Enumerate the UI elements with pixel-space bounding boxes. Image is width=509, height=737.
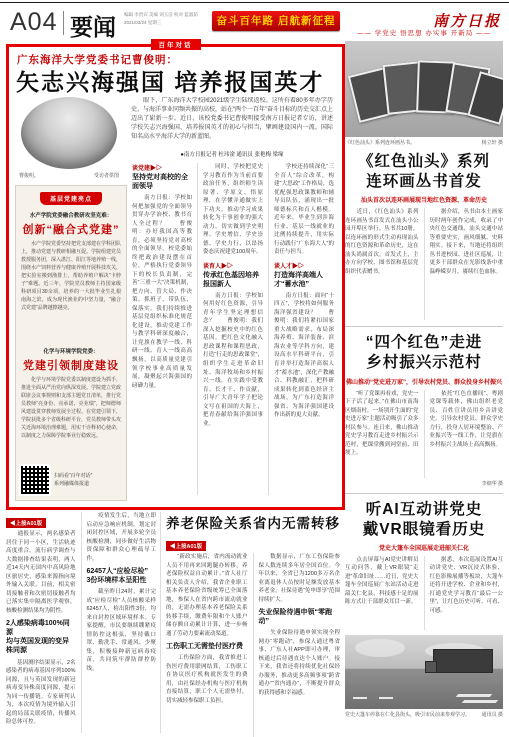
photo1-credit: 杨立轩 摄 [482,139,503,146]
article3-title-line1: 听AI互动讲党史 [345,500,503,520]
credits-line2: 2021/03/24 星期三 [124,19,204,27]
article1-col2: 据介绍，丛书由本土画家历时两年创作完成，收录了中央红色交通线、汕头交通中站等重要… [424,208,504,320]
covid-col1-top: 通报显示，两名感染者居住于同一小区，生活轨迹高度重合。流行病学调查与大数据排查结… [6,530,76,615]
covid-article: ◀上接A01版 通报显示，两名感染者居住于同一小区，生活轨迹高度重合。流行病学调… [6,512,156,733]
sidebar-item1-title: 创新“融合式党建” [23,221,120,237]
article2-col1: “听了党课再看戏，党史一下子活了起来。”在佛山市南海区烟南村，一场别开生面的“党… [345,390,419,478]
byline: ●南方日报记者 杜玮淦 通讯员 张艳梅 梁缘 [131,150,333,158]
page-number: A04 [10,8,57,37]
sidebar-feature-box: 基层党建亮点 水产学院党委融合教研攻坚克难： 创新“融合式党建” 水产学院党委坚… [15,185,127,501]
column-2-text-top: 同时，学校把党史学习教育作为当前首要政治任务，组织师生读原著、学原文、悟原理，在… [203,163,263,257]
crosswalk-stripe [462,700,499,703]
article2-body: “听了党课再看戏，党史一下子活了起来。”在佛山市南海区烟南村，一场别开生面的“党… [345,390,503,478]
covid-col1-bottom: 基因测序结果显示，2名感染者的病毒基因序列100%同源，且与英国发现的新冠病毒变… [6,659,76,727]
pension-article: 养老保险关系省内无需转移 ◀上接A01版 “新政实施后，省内流动就业人员不用再来… [166,512,340,733]
column-rule [160,512,161,733]
article1-title: 《红色汕头》系列 连环画丛书首发 [345,152,503,192]
article2-subtitle: 佛山推动“党史进万家”，引导农村党员、群众投身乡村振兴 [345,377,503,386]
subhead-marker-3: 谈人才▶▷ [274,261,334,270]
main-headline: 矢志兴海强国 培养报国英才 [16,64,324,97]
lead-story-box: 百年对话 广东海洋大学党委书记曹俊明： 矢志兴海强国 培养报国英才 曹俊明。 受… [6,44,345,510]
pension-col1-bottom: 工伤保险方面，我省推进工伤医疗费用联网结算，工伤职工在协议医疗机构就医发生的费用… [166,654,248,705]
subhead-marker-2: 谈育人▶▷ [203,261,263,270]
pension-subhead-2: 失业保险待遇申领“零跑动” [259,608,341,626]
story-column-1: 谈党建▶▷ 坚持党对高校的全面领导 南方日报：学校如何把加强党的全面领导贯穿办学… [132,163,192,495]
column-3-text-top: 学校还持续深化“三全育人”综合改革，构建“大思政”工作格局，选优配强思政课教师和… [274,163,334,257]
cloud-shape [355,639,405,657]
qr-caption-line1: 扫码看“百年对话” [54,472,92,480]
article1-subtitle: 汕头首次以连环画展现当地红色资源、革命历史 [345,195,503,204]
article3-title-line2: 戴VR眼镜看历史 [345,520,503,540]
photo-comic-books [345,41,503,137]
covid-col1: ◀上接A01版 通报显示，两名感染者居住于同一小区，生活轨迹高度重合。流行病学调… [6,512,76,733]
subhead-2: 传承红色基因培养报国新人 [203,271,263,289]
sidebar-ribbon-badge: 基层党建亮点 [40,192,102,205]
credits-line1: 编辑 李贵宾 美编 刘玉洁 校对 蓝淑茹 [124,11,204,19]
article1-col1: 近日，《红色汕头》系列连环画丛书首发式在汕头小公园开埠区举行。丛书共10册，以连… [345,208,419,320]
qr-caption-line2: 系列融媒体报道 [54,480,92,488]
subhead-3: 打造海洋高端人才“蓄水池” [274,271,334,289]
covid-col2-bottom: 截至昨日24时，累计完成“应检尽检”人员核酸采样62457人，检出阳性3份，均来… [87,588,157,673]
pension-columns: “新政实施后，省内流动就业人员不用再来回跑腿办转移，养老保险权益自动累计。”省人… [166,553,340,737]
pension-col1: “新政实施后，省内流动就业人员不用再来回跑腿办转移，养老保险权益自动累计。”省人… [166,553,248,737]
sidebar-item2-body: 化学与环境学院党委以制度建设为抓手，推进全面从严治党向纵深发展。学院建立党政联席… [21,376,121,466]
crosswalk-stripe [456,694,493,697]
continued-tag: ◀上接A01版 [166,541,206,551]
campaign-banner: 奋斗百年路 启航新征程 [212,11,340,31]
truck-cab-shape [425,661,437,673]
portrait-caption-row: 曹俊明。 受访者供图 [19,172,119,179]
article1-title-line1: 《红色汕头》系列 [345,152,503,172]
slogan-line: —— 学党史 悟思想 办实事 开新局 —— [345,28,503,37]
pension-col2-bottom: 失业保险待遇申领实现全程网办“零跑动”，参保人通过粤省事、广东人社APP即可办理… [259,629,341,697]
sidebar-item1-kicker: 水产学院党委融合教研攻坚克难： [30,211,113,219]
column-tag: 百年对话 [151,39,201,50]
continued-tag: ◀上接A01版 [6,518,46,528]
section-title: 要闻 [70,9,116,42]
photo1-caption: 《红色汕头》系列连环画丛书。 [345,139,415,146]
covid-subhead-1-line1: 2人感染病毒100%同源 [6,619,76,637]
article3-col2: 据悉，本次巡展设置AI互动讲党史、VR沉浸式体验、红色影像展播等板块，大篷车还将… [424,556,504,630]
covid-subhead-2-line2: 3份环境样本呈阳性 [87,576,157,585]
article3-title: 听AI互动讲党史 戴VR眼镜看历史 [345,500,503,540]
subhead-marker-1: 谈党建▶▷ [132,163,192,172]
covid-subhead-1: 2人感染病毒100%同源 均与英国发现的变异株同源 [6,619,76,655]
bottom-section: ◀上接A01版 通报显示，两名感染者居住于同一小区，生活轨迹高度重合。流行病学调… [6,512,340,733]
pension-title: 养老保险关系省内无需转移 [166,512,340,532]
portrait-caption: 曹俊明。 [19,172,39,179]
photo2-credit: 通讯员 摄 [482,711,503,718]
qr-caption: 扫码看“百年对话” 系列融媒体报道 [54,472,92,488]
header-divider [63,11,64,35]
article2-credit: 李细华 摄 [345,480,503,487]
column-3-text-bottom: 南方日报：面向“十四五”，学校将如何服务海洋强省建设？ 曹俊明：我们将紧扣国家重… [274,292,334,420]
top-rule [0,2,509,3]
article2-title: “四个红色”走进 乡村振兴示范村 [345,333,503,373]
covid-col2: 疫情发生后，当地立即启动应急响应机制，划定封闭封控区域，开展多轮全员核酸检测，同… [81,512,157,733]
masthead-credits: 编辑 李贵宾 美编 刘玉洁 校对 蓝淑茹 2021/03/24 星期三 [124,11,204,26]
article2-col2: 依托“红色直播间”、粤剧党课等载体，佛山组织老党员、百姓宣讲员用乡音讲党史，引导… [424,390,504,478]
road-marking [379,697,393,699]
article2-title-line1: “四个红色”走进 [345,333,503,353]
photo2-caption: 党史大篷车停靠在仁化县街头，吸引市民前来参观学习。 [345,711,470,718]
newspaper-page: A04 要闻 编辑 李贵宾 美编 刘玉洁 校对 蓝淑茹 2021/03/24 星… [0,0,509,737]
article2-title-line2: 乡村振兴示范村 [345,353,503,373]
sidebar-item2-title: 党建引领制度建设 [23,357,119,373]
story-columns: 谈党建▶▷ 坚持党对高校的全面领导 南方日报：学校如何把加强党的全面领导贯穿办学… [132,163,334,495]
pension-col2-top: 数据显示，广东工伤保险参保人数连续多年居全国首位。今年以来，全省已为1200多万… [259,553,341,604]
story-column-3: 学校还持续深化“三全育人”综合改革，构建“大思政”工作格局，选优配强思政课教师和… [268,163,334,495]
portrait-photo [21,97,117,169]
column-1-text: 南方日报：学校如何把加强党的全面领导贯穿办学治校、教书育人全过程？ 曹俊明：办好… [132,194,192,390]
covid-columns: ◀上接A01版 通报显示，两名感染者居住于同一小区，生活轨迹高度重合。流行病学调… [6,512,156,733]
article1-title-line2: 连环画丛书首发 [345,172,503,192]
article-divider [345,493,503,494]
pension-col2: 数据显示，广东工伤保险参保人数连续多年居全国首位。今年以来，全省已为1200多万… [253,553,341,737]
photo-propaganda-truck [345,635,503,709]
photo2-caption-row: 党史大篷车停靠在仁化县街头，吸引市民前来参观学习。 通讯员 摄 [345,711,503,718]
subhead-1: 坚持党对高校的全面领导 [132,173,192,191]
sidebar-item1-body: 水产学院党委坚持把党支部建在学科团队上，推动党建与教研相融互促。学院组建党员教授… [21,240,121,341]
qr-row: 扫码看“百年对话” 系列融媒体报道 [21,466,121,494]
covid-col2-top: 疫情发生后，当地立即启动应急响应机制，划定封闭封控区域，开展多轮全员核酸检测，同… [87,512,157,563]
pension-col1-top: “新政实施后，省内流动就业人员不用再来回跑腿办转移，养老保险权益自动累计。”省人… [166,553,248,638]
article1-body: 近日，《红色汕头》系列连环画丛书首发式在汕头小公园开埠区举行。丛书共10册，以连… [345,208,503,320]
article3-body: 点击屏幕与AI党史讲解员互动问答，戴上VR眼镜“走进”革命旧址……近日，党史大篷… [345,556,503,630]
article3-subtitle: 党史大篷车全国巡展走进韶关仁化 [345,543,503,552]
portrait-credit: 受访者供图 [94,172,119,179]
truck-shape [433,649,493,673]
pension-subhead-1: 工伤职工无需垫付医疗费 [166,642,248,651]
photo1-caption-row: 《红色汕头》系列连环画丛书。 杨立轩 摄 [345,139,503,146]
column-2-text-bottom: 南方日报：学校如何用好红色资源，引导青年学生坚定理想信念？ 曹俊明：我们深入挖掘… [203,292,263,428]
covid-subhead-2: 62457人“应检尽检” 3份环境样本呈阳性 [87,567,157,585]
lede-paragraph: 眼下，广东海洋大学校园2021级学生陆续返校。这所有着80多年办学历史、与海洋事… [131,97,333,147]
article3-col1: 点击屏幕与AI党史讲解员互动问答，戴上VR眼镜“走进”革命旧址……近日，党史大篷… [345,556,419,630]
road-marking [353,697,367,699]
right-column: —— 学党史 悟思想 办实事 开新局 —— 《红色汕头》系列连环画丛书。 杨立轩… [345,28,503,718]
portrait-block: 曹俊明。 受访者供图 [19,97,119,179]
qr-code-icon [21,466,49,494]
story-column-2: 同时，学校把党史学习教育作为当前首要政治任务，组织师生读原著、学原文、悟原理，在… [197,163,263,495]
sidebar-item2-kicker: 化学与环境学院党委： [43,347,98,355]
article-divider [345,326,503,327]
covid-subhead-1-line2: 均与英国发现的变异株同源 [6,637,76,655]
covid-subhead-2-line1: 62457人“应检尽检” [87,567,157,576]
